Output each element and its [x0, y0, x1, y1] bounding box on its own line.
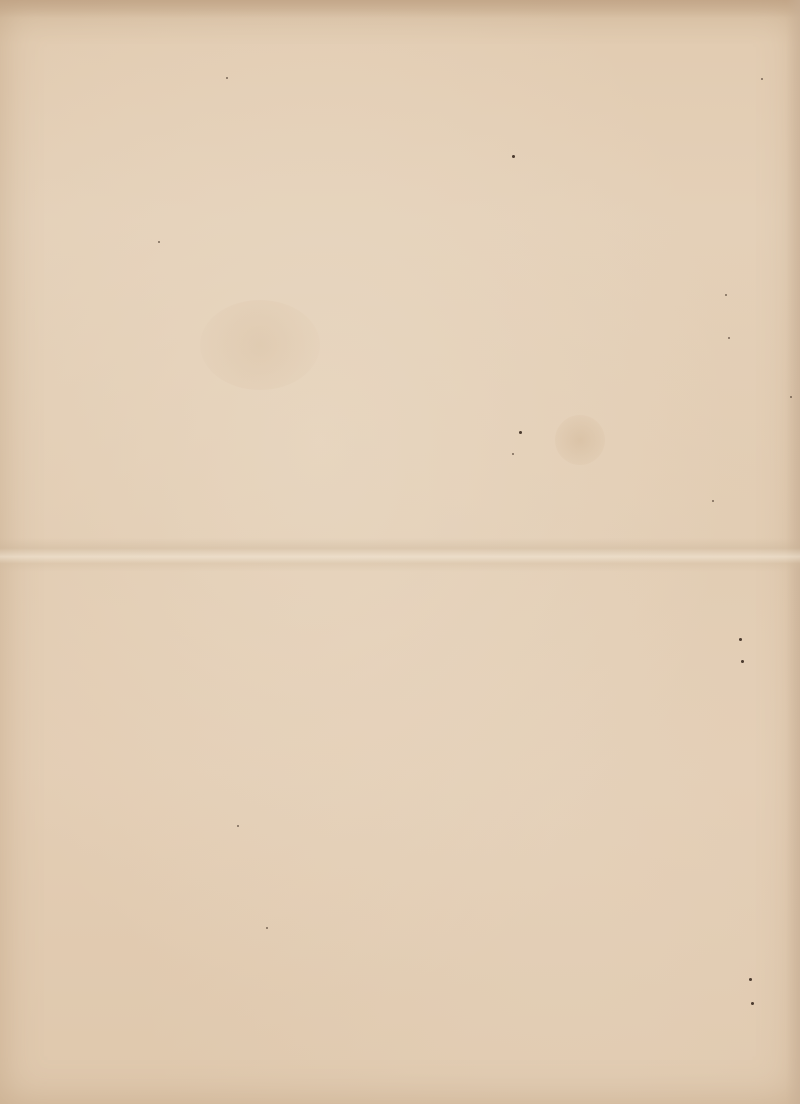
paper-speck: [512, 453, 514, 455]
top-edge-shadow: [0, 0, 800, 18]
paper-stain: [555, 415, 605, 465]
paper-speck: [512, 155, 515, 158]
paper-speck: [712, 500, 714, 502]
paper-speck: [266, 927, 268, 929]
paper-speck: [725, 294, 727, 296]
paper-speck: [749, 978, 752, 981]
paper-speck: [741, 660, 744, 663]
blank-paper-page: [0, 0, 800, 1104]
paper-speck: [158, 241, 160, 243]
paper-speck: [761, 78, 763, 80]
paper-speck: [519, 431, 522, 434]
paper-speck: [739, 638, 742, 641]
paper-speck: [237, 825, 239, 827]
paper-speck: [226, 77, 228, 79]
paper-speck: [790, 396, 792, 398]
paper-stain: [200, 300, 320, 390]
horizontal-fold-crease: [0, 538, 800, 572]
paper-speck: [751, 1002, 754, 1005]
paper-speck: [728, 337, 730, 339]
